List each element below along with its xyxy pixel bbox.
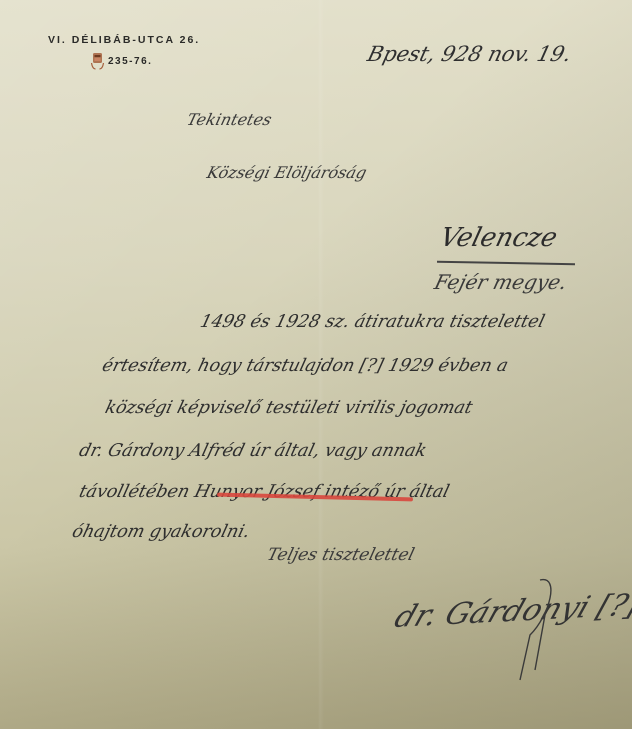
- closing: Teljes tisztelettel: [265, 545, 416, 565]
- letter-page: VI. DÉLIBÁB-UTCA 26. 235-76. Bpest, 928 …: [0, 0, 632, 729]
- phone-number: 235-76.: [108, 56, 152, 67]
- date-line: Bpest, 928 nov. 19.: [365, 42, 574, 66]
- telephone-icon: [90, 52, 105, 70]
- signature-flourish: [500, 575, 560, 685]
- county-name: Fejér megye.: [432, 270, 570, 294]
- body-line-3: községi képviselő testületi virilis jogo…: [103, 398, 475, 418]
- addressee: Községi Elöljáróság: [205, 163, 369, 182]
- town-name: Velencze: [437, 223, 560, 253]
- letterhead-phone: 235-76.: [90, 52, 152, 70]
- town-underline: [437, 261, 575, 265]
- body-line-2: értesítem, hogy társtulajdon [?] 1929 év…: [100, 356, 510, 376]
- body-line-4: dr. Gárdony Alfréd úr által, vagy annak: [77, 441, 429, 461]
- letterhead-address: VI. DÉLIBÁB-UTCA 26.: [48, 34, 200, 46]
- body-line-1: 1498 és 1928 sz. átiratukra tisztelettel: [198, 312, 547, 332]
- salutation: Tekintetes: [185, 110, 274, 129]
- body-line-6: óhajtom gyakorolni.: [70, 522, 252, 542]
